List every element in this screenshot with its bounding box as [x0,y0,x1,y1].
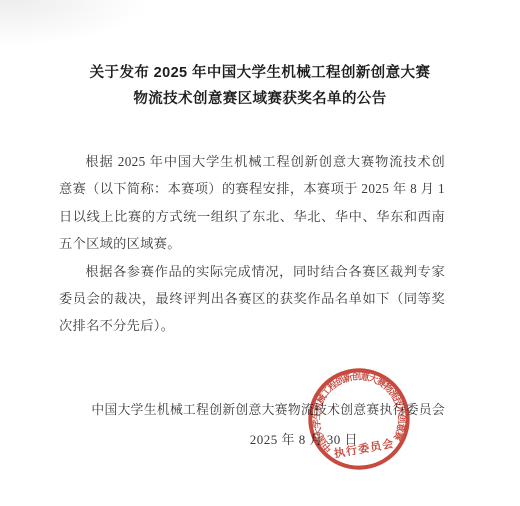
document-body: 根据 2025 年中国大学生机械工程创新创意大赛物流技术创意赛（以下简称：本赛项… [59,148,445,340]
title-line-1: 关于发布 2025 年中国大学生机械工程创新创意大赛 [40,60,480,86]
signature-date: 2025 年 8 月 30 日 [0,430,520,450]
page-title: 关于发布 2025 年中国大学生机械工程创新创意大赛 物流技术创意赛区域赛获奖名… [40,60,480,112]
seal-bottom-text: 执行委员会 [333,436,396,460]
signature-organization: 中国大学生机械工程创新创意大赛物流技术创意赛执行委员会 [0,400,520,420]
scan-artifact [0,0,150,46]
title-line-2: 物流技术创意赛区域赛获奖名单的公告 [40,86,480,112]
body-paragraph: 根据各参赛作品的实际完成情况，同时结合各赛区裁判专家委员会的裁决，最终评判出各赛… [59,258,445,340]
official-seal-stamp: 中国大学生机械工程创新创意大赛物流技术创意赛 执行委员会 [298,358,421,481]
signature-block: 中国大学生机械工程创新创意大赛物流技术创意赛执行委员会 2025 年 8 月 3… [0,400,520,450]
body-paragraph: 根据 2025 年中国大学生机械工程创新创意大赛物流技术创意赛（以下简称：本赛项… [59,148,445,258]
document-page: 关于发布 2025 年中国大学生机械工程创新创意大赛 物流技术创意赛区域赛获奖名… [0,0,520,506]
seal-graphic: 中国大学生机械工程创新创意大赛物流技术创意赛 执行委员会 [298,358,421,481]
